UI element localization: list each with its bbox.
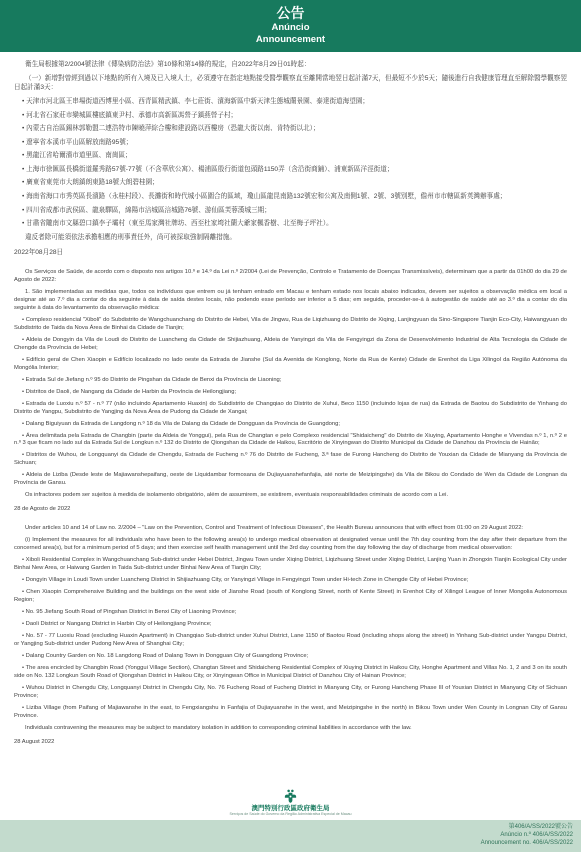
announcement-body: 衛生局根據第2/2004號法律《傳染病防治法》第10條和第14條的規定，自202… bbox=[0, 52, 581, 787]
closing-paragraph-zh: 違反者除可能須依法承擔相應的刑事責任外，尚可被採取強制隔離措施。 bbox=[14, 233, 567, 243]
measure-paragraph-pt: 1. São implementadas as medidas que, tod… bbox=[14, 289, 567, 313]
risk-area-item: 四川省成都市武侯區、龍泉驛區，綿陽市涪城區涪城路76號、游仙區芙蓉漢城三期； bbox=[14, 206, 567, 216]
portuguese-section: Os Serviços de Saúde, de acordo com o di… bbox=[14, 269, 567, 515]
closing-paragraph-en: Individuals contravening the measures ma… bbox=[14, 725, 567, 733]
risk-area-item: Chen Xiaopin Comprehensive Building and … bbox=[14, 589, 567, 605]
footer: 澳門特別行政區政府衛生局 Serviços de Saúde do Govern… bbox=[0, 787, 581, 852]
page-title-pt: Anúncio bbox=[0, 22, 581, 34]
risk-area-list-en: Xiboli Residential Complex in Wangchuanc… bbox=[14, 557, 567, 721]
page-title-zh: 公告 bbox=[0, 5, 581, 22]
date-en: 28 August 2022 bbox=[14, 739, 567, 747]
announcement-ref-en: Announcement no. 406/A/SS/2022 bbox=[8, 840, 573, 848]
risk-area-item: Wuhou District in Chengdu City, Longquan… bbox=[14, 685, 567, 701]
risk-area-item: Estrada Sul de Jiefang n.º 95 do Distrit… bbox=[14, 377, 567, 385]
health-bureau-logo-icon bbox=[283, 789, 298, 804]
risk-area-item: Aldeia de Dongyin da Vila de Loudi do Di… bbox=[14, 337, 567, 353]
risk-area-item: 甘肅省隴南市文縣碧口鎮李子壩村（東至馬家灣社牌坊、西至杜家塆社蘭大爺家楓香樹、北… bbox=[14, 219, 567, 229]
intro-paragraph-en: Under articles 10 and 14 of Law no. 2/20… bbox=[14, 525, 567, 533]
reference-bar: 第406/A/SS/2022號公告 Anúncio n.º 406/A/SS/2… bbox=[0, 820, 581, 852]
risk-area-item: Edifício geral de Chen Xiaopin e Edifíci… bbox=[14, 357, 567, 373]
bureau-identity: 澳門特別行政區政府衛生局 Serviços de Saúde do Govern… bbox=[0, 787, 581, 820]
intro-paragraph-zh: 衛生局根據第2/2004號法律《傳染病防治法》第10條和第14條的規定，自202… bbox=[14, 60, 567, 70]
announcement-page: 公告 Anúncio Announcement 衛生局根據第2/2004號法律《… bbox=[0, 0, 581, 852]
bureau-name-zh: 澳門特別行政區政府衛生局 bbox=[0, 805, 581, 813]
risk-area-item: 天津市河北區王串場街道西博里小區、西青區精武鎮、李七莊街、濱海新區中新天津生態城… bbox=[14, 97, 567, 107]
announcement-ref-zh: 第406/A/SS/2022號公告 bbox=[8, 824, 573, 832]
risk-area-item: No. 95 Jiefang South Road of Pingshan Di… bbox=[14, 609, 567, 617]
risk-area-list-zh: 天津市河北區王串場街道西博里小區、西青區精武鎮、李七莊街、濱海新區中新天津生態城… bbox=[14, 97, 567, 228]
measure-paragraph-zh: （一）新增對曾經到過以下地點的所有入境及已入境人士，必須遵守在指定地點接受醫學觀… bbox=[14, 74, 567, 93]
risk-area-item: Xiboli Residential Complex in Wangchuanc… bbox=[14, 557, 567, 573]
risk-area-item: 河北省石家莊市欒城區樓底鎮東尹村、承德市高新區馮營子鎮燕營子村； bbox=[14, 111, 567, 121]
risk-area-item: 黑龍江省哈爾濱市道里區、南崗區； bbox=[14, 151, 567, 161]
risk-area-item: Distritos de Wuhou, de Longquanyi da Cid… bbox=[14, 452, 567, 468]
intro-paragraph-pt: Os Serviços de Saúde, de acordo com o di… bbox=[14, 269, 567, 285]
risk-area-item: 廣東省東莞市大朗鎮朗東路18號大朗碧桂園； bbox=[14, 178, 567, 188]
chinese-section: 衛生局根據第2/2004號法律《傳染病防治法》第10條和第14條的規定，自202… bbox=[14, 60, 567, 258]
risk-area-item: Estrada de Luoxiu n.º 57 - n.º 77 (não i… bbox=[14, 401, 567, 417]
header-banner: 公告 Anúncio Announcement bbox=[0, 0, 581, 52]
risk-area-item: Complexo residencial "Xiboli" do Subdist… bbox=[14, 317, 567, 333]
announcement-ref-pt: Anúncio n.º 406/A/SS/2022 bbox=[8, 832, 573, 840]
risk-area-item: Liziba Village (from Paifang of Majiawan… bbox=[14, 705, 567, 721]
risk-area-item: Dongyin Village in Loudi Town under Luan… bbox=[14, 577, 567, 585]
risk-area-item: Daoli District or Nangang District in Ha… bbox=[14, 621, 567, 629]
page-title-en: Announcement bbox=[0, 34, 581, 46]
closing-paragraph-pt: Os infractores podem ser sujeitos à medi… bbox=[14, 492, 567, 500]
risk-area-item: Dalang Biguiyuan da Estrada de Langdong … bbox=[14, 421, 567, 429]
risk-area-item: 海南省海口市秀英區長濱路（永桂村段）、長灘街和時代城小區圍合的區域，瓊山區龍昆南… bbox=[14, 192, 567, 202]
risk-area-item: Área delimitada pela Estrada de Changbin… bbox=[14, 433, 567, 449]
risk-area-item: Aldeia de Liziba (Desde leste de Majiawa… bbox=[14, 472, 567, 488]
measure-paragraph-en: (i) Implement the measures for all indiv… bbox=[14, 537, 567, 553]
bureau-name-pt: Serviços de Saúde do Governo da Região A… bbox=[0, 812, 581, 817]
date-pt: 28 de Agosto de 2022 bbox=[14, 506, 567, 514]
date-zh: 2022年08月28日 bbox=[14, 248, 567, 258]
risk-area-item: 內蒙古自治區錫林郭勒盟二連浩特市陳曉萍綜合樓和建設路以西樓房（恐龍大街以南、肯特… bbox=[14, 124, 567, 134]
risk-area-item: Distritos de Daoli, de Nangang da Cidade… bbox=[14, 389, 567, 397]
risk-area-item: The area encircled by Changbin Road (Yon… bbox=[14, 665, 567, 681]
risk-area-item: No. 57 - 77 Luoxiu Road (excluding Huaxi… bbox=[14, 633, 567, 649]
risk-area-item: 遼寧省本溪市平山區解放南路95號； bbox=[14, 138, 567, 148]
english-section: Under articles 10 and 14 of Law no. 2/20… bbox=[14, 525, 567, 747]
risk-area-item: Dalang Country Garden on No. 18 Langdong… bbox=[14, 653, 567, 661]
risk-area-list-pt: Complexo residencial "Xiboli" do Subdist… bbox=[14, 317, 567, 489]
risk-area-item: 上海市徐匯區長橋街道羅秀路57號-77號（不含華欣公寓）、楊浦區殷行街道包頭路1… bbox=[14, 165, 567, 175]
